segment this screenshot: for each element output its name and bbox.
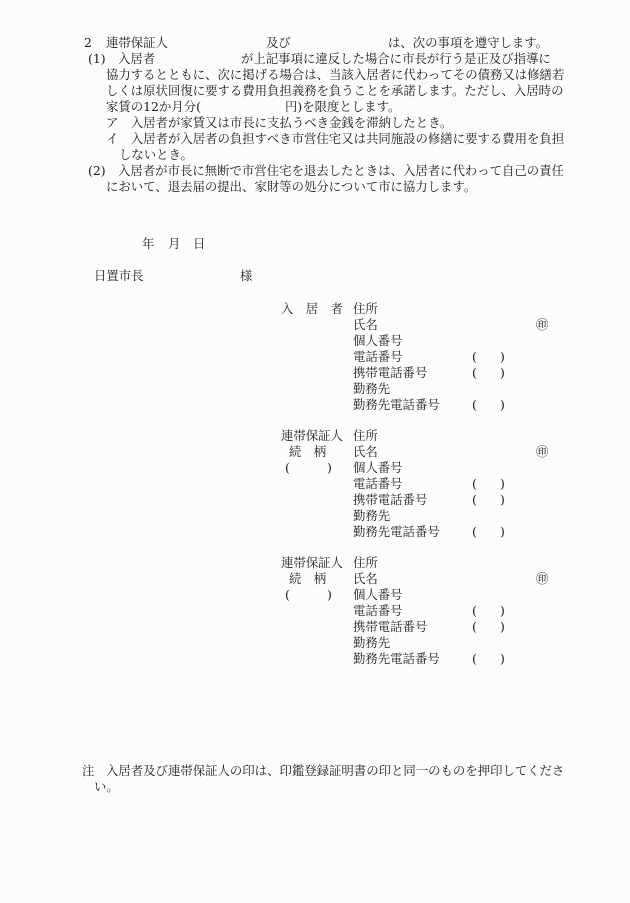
field-label: 携帯電話番号 bbox=[353, 492, 427, 508]
sub-item-i-line2: しないとき。 bbox=[119, 147, 193, 163]
field-label: 住所 bbox=[353, 428, 378, 444]
sub-item-i-line1: イ 入居者が入居者の負担すべき市営住宅又は共同施設の修繕に要する費用を負担 bbox=[106, 131, 564, 147]
field-label: 氏名 bbox=[353, 444, 378, 460]
field-label: 住所 bbox=[353, 555, 378, 571]
paren-close: ) bbox=[500, 651, 505, 667]
paren-open: ( bbox=[472, 349, 477, 365]
item1-number: (1) bbox=[88, 51, 106, 67]
addressee-name: 日置市長 bbox=[94, 268, 144, 284]
item2-line2: において、退去届の提出、家財等の処分について市に協力します。 bbox=[106, 179, 476, 195]
note-line2: い。 bbox=[94, 779, 119, 795]
field-label: 個人番号 bbox=[353, 587, 403, 603]
paren-close: ) bbox=[500, 397, 505, 413]
field-label: 電話番号 bbox=[353, 349, 403, 365]
field-label: 個人番号 bbox=[353, 333, 403, 349]
relation-paren: ( ) bbox=[285, 587, 332, 603]
sub-item-a: ア 入居者が家賃又は市長に支払うべき金銭を滞納したとき。 bbox=[106, 115, 452, 131]
addressee-honorific: 様 bbox=[240, 268, 252, 284]
date-day: 日 bbox=[193, 236, 205, 252]
signer-role: 入 居 者 bbox=[281, 301, 343, 317]
item1-line1: が上記事項に違反した場合に市長が行う是正及び指導に bbox=[241, 51, 551, 67]
field-label: 携帯電話番号 bbox=[353, 619, 427, 635]
field-label: 勤務先 bbox=[353, 381, 390, 397]
relation-label: 続 柄 bbox=[289, 444, 326, 460]
seal-mark-icon: ㊞ bbox=[536, 571, 548, 587]
item1-line4-post: 円)を限度とします。 bbox=[285, 99, 400, 115]
paren-open: ( bbox=[472, 603, 477, 619]
relation-label: 続 柄 bbox=[289, 571, 326, 587]
date-year: 年 bbox=[142, 236, 154, 252]
paren-open: ( bbox=[472, 651, 477, 667]
article-number: 2 bbox=[84, 35, 92, 51]
paren-open: ( bbox=[472, 492, 477, 508]
paren-open: ( bbox=[472, 524, 477, 540]
paren-open: ( bbox=[472, 365, 477, 381]
field-label: 電話番号 bbox=[353, 476, 403, 492]
relation-paren: ( ) bbox=[285, 460, 332, 476]
paren-close: ) bbox=[500, 492, 505, 508]
note-label: 注 bbox=[82, 763, 94, 779]
field-label: 電話番号 bbox=[353, 603, 403, 619]
item2-number: (2) bbox=[88, 163, 106, 179]
note-line1: 入居者及び連帯保証人の印は、印鑑登録証明書の印と同一のものを押印してくださ bbox=[106, 763, 564, 779]
item1-line2: 協力するとともに、次に掲げる場合は、当該入居者に代わってその債務又は修繕若 bbox=[106, 67, 564, 83]
item1-line4-pre: 家賃の12か月分( bbox=[106, 99, 201, 115]
field-label: 住所 bbox=[353, 301, 378, 317]
paren-open: ( bbox=[472, 476, 477, 492]
guarantor-label: 連帯保証人 bbox=[106, 35, 168, 51]
field-label: 携帯電話番号 bbox=[353, 365, 427, 381]
paren-open: ( bbox=[472, 397, 477, 413]
seal-mark-icon: ㊞ bbox=[536, 444, 548, 460]
seal-mark-icon: ㊞ bbox=[536, 317, 548, 333]
tenant-label: 入居者 bbox=[118, 51, 155, 67]
signer-role: 連帯保証人 bbox=[281, 428, 343, 444]
item1-line3: しくは原状回復に要する費用負担義務を負うことを承諾します。ただし、入居時の bbox=[106, 83, 563, 99]
paren-open: ( bbox=[472, 619, 477, 635]
paren-close: ) bbox=[500, 476, 505, 492]
article-suffix: は、次の事項を遵守します。 bbox=[388, 35, 548, 51]
field-label: 勤務先電話番号 bbox=[353, 524, 440, 540]
field-label: 氏名 bbox=[353, 317, 378, 333]
field-label: 個人番号 bbox=[353, 460, 403, 476]
date-month: 月 bbox=[168, 236, 180, 252]
field-label: 勤務先電話番号 bbox=[353, 397, 440, 413]
paren-close: ) bbox=[500, 524, 505, 540]
paren-close: ) bbox=[500, 349, 505, 365]
and-text: 及び bbox=[266, 35, 291, 51]
paren-close: ) bbox=[500, 603, 505, 619]
paren-close: ) bbox=[500, 365, 505, 381]
field-label: 勤務先 bbox=[353, 508, 390, 524]
field-label: 勤務先電話番号 bbox=[353, 651, 440, 667]
field-label: 勤務先 bbox=[353, 635, 390, 651]
signer-role: 連帯保証人 bbox=[281, 555, 343, 571]
field-label: 氏名 bbox=[353, 571, 378, 587]
paren-close: ) bbox=[500, 619, 505, 635]
item2-line1: 入居者が市長に無断で市営住宅を退去したときは、入居者に代わって自己の責任 bbox=[118, 163, 564, 179]
